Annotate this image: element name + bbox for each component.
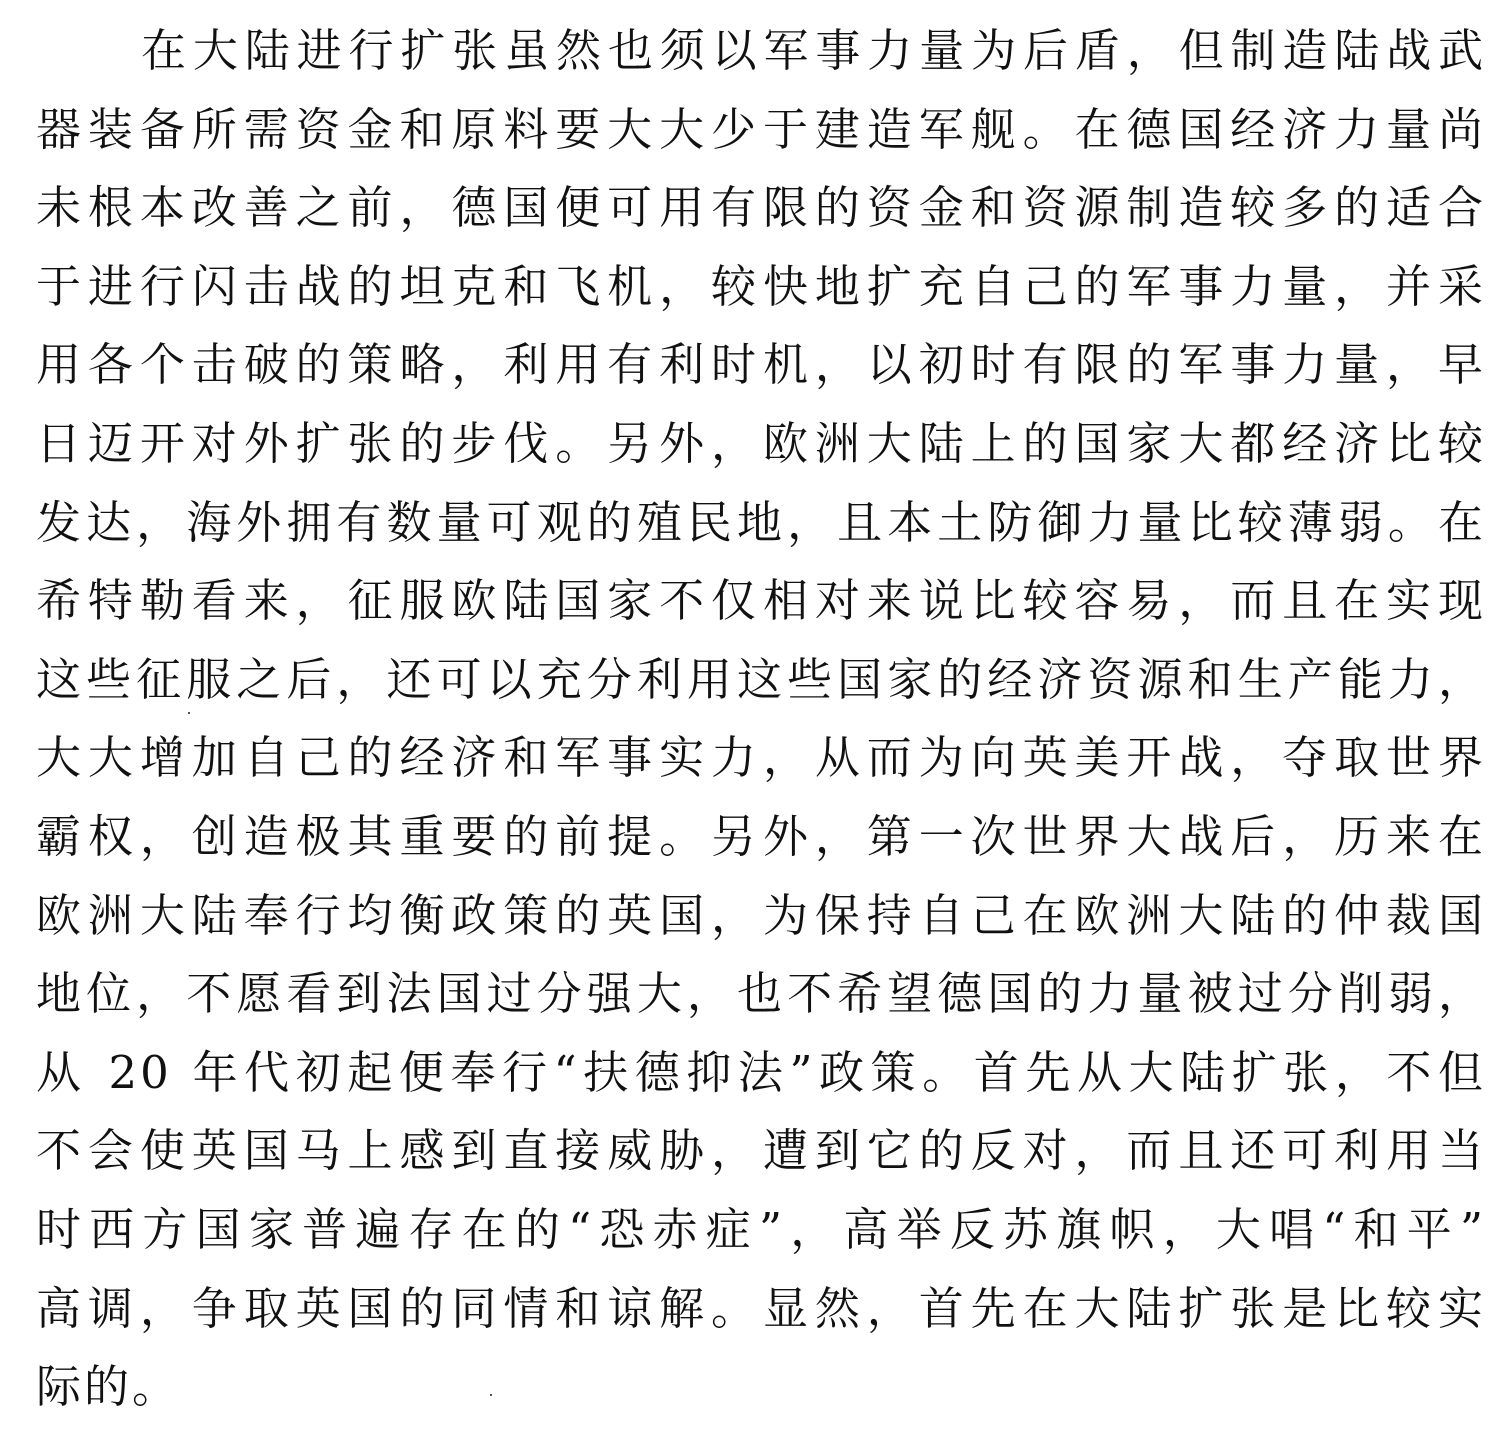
text-line-1: 在大陆进行扩张虽然也须以军事力量为后盾，但制造陆战武 <box>36 12 1486 91</box>
text-line-11: 霸权，创造极其重要的前提。另外，第一次世界大战后，历来在 <box>36 798 1486 877</box>
text-line-3: 未根本改善之前，德国便可用有限的资金和资源制造较多的适合 <box>36 169 1486 248</box>
text-line-16: 时西方国家普遍存在的“恐赤症”，高举反苏旗帜，大唱“和平” <box>36 1191 1486 1270</box>
text-line-10: 大大增加自己的经济和军事实力，从而为向英美开战，夺取世界 <box>36 719 1486 798</box>
text-line-14: 从 20 年代初起便奉行“扶德抑法”政策。首先从大陆扩张，不但 <box>36 1034 1486 1113</box>
text-line-15: 不会使英国马上感到直接威胁，遭到它的反对，而且还可利用当 <box>36 1112 1486 1191</box>
text-line-5: 用各个击破的策略，利用有利时机，以初时有限的军事力量，早 <box>36 326 1486 405</box>
text-line-4: 于进行闪击战的坦克和飞机，较快地扩充自己的军事力量，并采 <box>36 248 1486 327</box>
text-line-9: 这些征服之后，还可以充分利用这些国家的经济资源和生产能力， <box>36 641 1486 720</box>
text-line-18: 际的。 <box>36 1348 1486 1427</box>
text-line-2: 器装备所需资金和原料要大大少于建造军舰。在德国经济力量尚 <box>36 91 1486 170</box>
text-line-6: 日迈开对外扩张的步伐。另外，欧洲大陆上的国家大都经济比较 <box>36 405 1486 484</box>
body-paragraph: 在大陆进行扩张虽然也须以军事力量为后盾，但制造陆战武 器装备所需资金和原料要大大… <box>36 12 1486 1427</box>
text-line-7: 发达，海外拥有数量可观的殖民地，且本土防御力量比较薄弱。在 <box>36 484 1486 563</box>
scan-artifact <box>188 712 190 714</box>
text-line-12: 欧洲大陆奉行均衡政策的英国，为保持自己在欧洲大陆的仲裁国 <box>36 877 1486 956</box>
text-line-13: 地位，不愿看到法国过分强大，也不希望德国的力量被过分削弱， <box>36 955 1486 1034</box>
scanned-page: 在大陆进行扩张虽然也须以军事力量为后盾，但制造陆战武 器装备所需资金和原料要大大… <box>0 0 1512 1433</box>
text-line-17: 高调，争取英国的同情和谅解。显然，首先在大陆扩张是比较实 <box>36 1270 1486 1349</box>
text-line-8: 希特勒看来，征服欧陆国家不仅相对来说比较容易，而且在实现 <box>36 562 1486 641</box>
scan-artifact <box>490 1394 492 1396</box>
